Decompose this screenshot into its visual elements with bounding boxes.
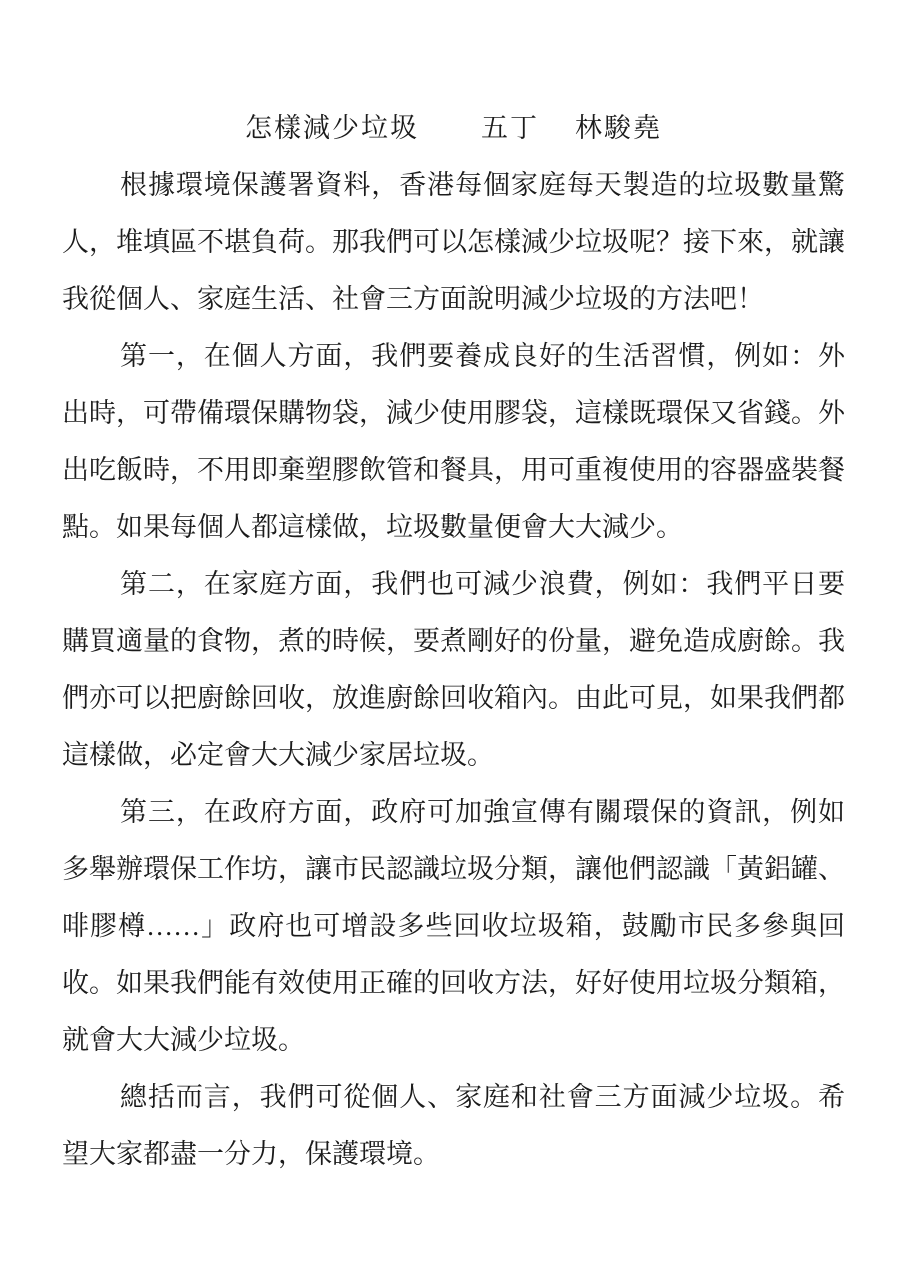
author-name: 林駿堯	[575, 113, 662, 143]
document-title-line: 怎樣減少垃圾五丁林駿堯	[62, 100, 845, 157]
paragraph-conclusion: 總括而言，我們可從個人、家庭和社會三方面減少垃圾。希望大家都盡一分力，保護環境。	[62, 1069, 845, 1183]
class-label: 五丁	[481, 113, 539, 143]
document-title: 怎樣減少垃圾	[245, 113, 419, 143]
paragraph-family: 第二，在家庭方面，我們也可減少浪費，例如：我們平日要購買適量的食物，煮的時候，要…	[62, 556, 845, 784]
paragraph-intro: 根據環境保護署資料，香港每個家庭每天製造的垃圾數量驚人，堆填區不堪負荷。那我們可…	[62, 157, 845, 328]
paragraph-government: 第三，在政府方面，政府可加強宣傳有關環保的資訊，例如多舉辦環保工作坊，讓市民認識…	[62, 784, 845, 1069]
document-page: 怎樣減少垃圾五丁林駿堯 根據環境保護署資料，香港每個家庭每天製造的垃圾數量驚人，…	[0, 0, 905, 1280]
essay-body: 根據環境保護署資料，香港每個家庭每天製造的垃圾數量驚人，堆填區不堪負荷。那我們可…	[62, 157, 845, 1183]
paragraph-personal: 第一，在個人方面，我們要養成良好的生活習慣，例如：外出時，可帶備環保購物袋，減少…	[62, 328, 845, 556]
